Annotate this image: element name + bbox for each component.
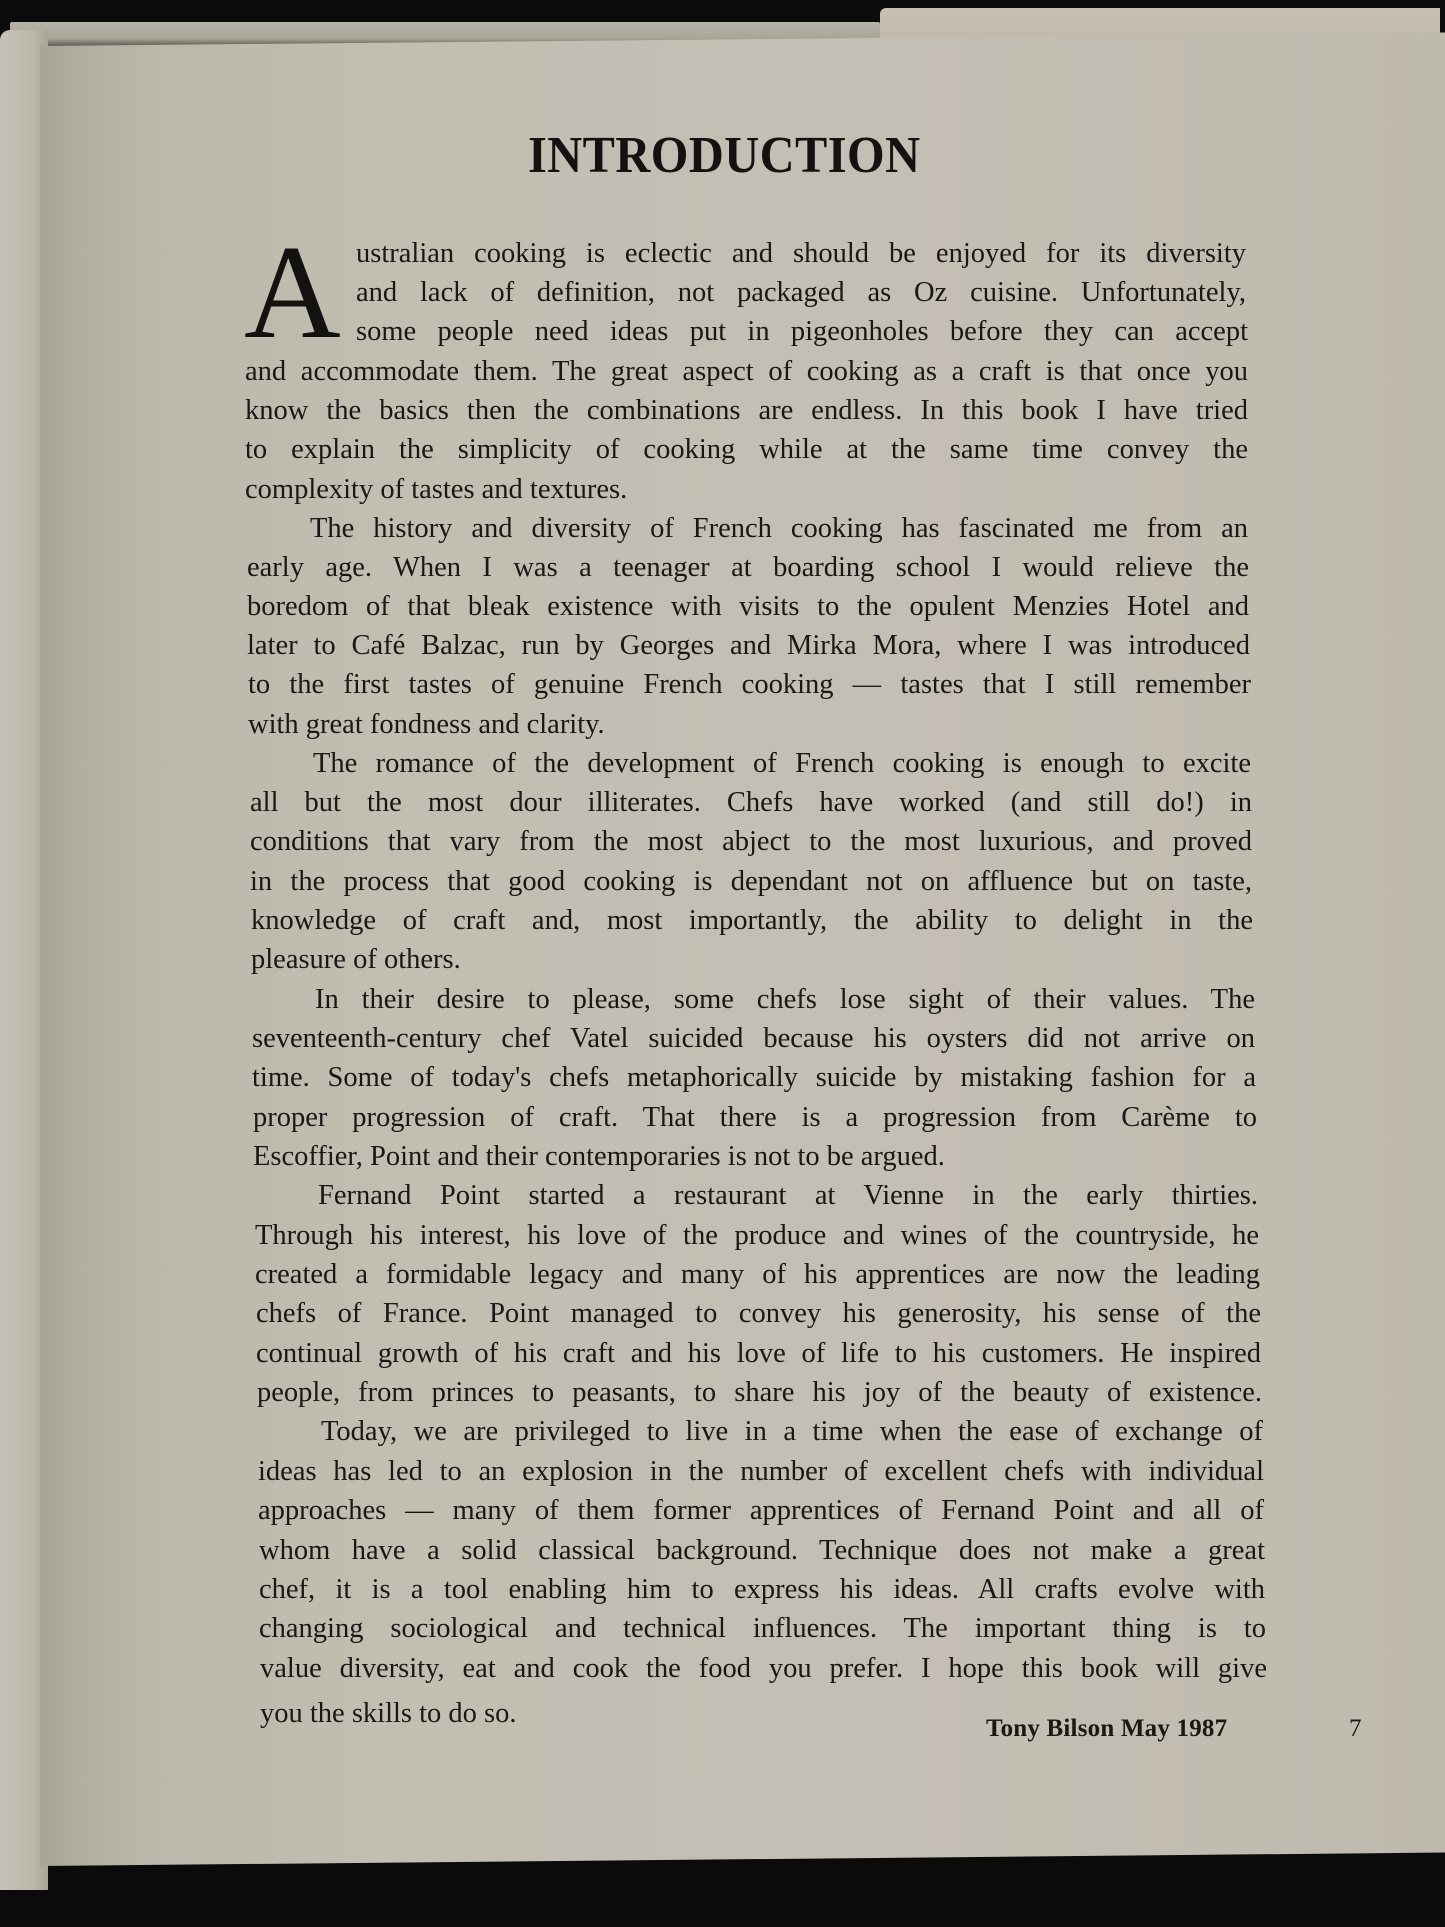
text-line: in the process that good cooking is depe…	[250, 864, 1252, 900]
text-line: boredom of that bleak existence with vis…	[247, 589, 1249, 625]
text-line: with great fondness and clarity.	[248, 707, 1251, 743]
text-line: complexity of tastes and textures.	[245, 472, 1248, 508]
text-line: knowledge of craft and, most importantly…	[251, 903, 1253, 939]
text-line: ideas has led to an explosion in the num…	[258, 1454, 1264, 1490]
text-line: Fernand Point started a restaurant at Vi…	[318, 1178, 1258, 1214]
text-line: created a formidable legacy and many of …	[255, 1257, 1260, 1293]
text-line: chef, it is a tool enabling him to expre…	[259, 1572, 1265, 1608]
text-line: Today, we are privileged to live in a ti…	[321, 1414, 1263, 1450]
text-line: Escoffier, Point and their contemporarie…	[253, 1139, 1257, 1175]
text-line: changing sociological and technical infl…	[259, 1611, 1266, 1647]
text-line: and lack of definition, not packaged as …	[356, 275, 1246, 311]
author-signature: Tony Bilson May 1987	[986, 1715, 1227, 1743]
page-number: 7	[1349, 1715, 1362, 1743]
text-line: later to Café Balzac, run by Georges and…	[247, 628, 1250, 664]
drop-cap: A	[244, 232, 341, 352]
text-line: and accommodate them. The great aspect o…	[245, 354, 1248, 390]
text-line: seventeenth-century chef Vatel suicided …	[252, 1021, 1255, 1057]
text-line: Through his interest, his love of the pr…	[255, 1218, 1259, 1254]
text-line: chefs of France. Point managed to convey…	[256, 1296, 1261, 1332]
text-line: all but the most dour illiterates. Chefs…	[250, 785, 1252, 821]
text-line: continual growth of his craft and his lo…	[256, 1336, 1261, 1372]
text-line: The romance of the development of French…	[313, 746, 1251, 782]
text-line: to the first tastes of genuine French co…	[248, 667, 1251, 703]
text-line: time. Some of today's chefs metaphorical…	[252, 1060, 1256, 1096]
text-line: In their desire to please, some chefs lo…	[315, 982, 1255, 1018]
text-line: people, from princes to peasants, to sha…	[257, 1375, 1262, 1411]
text-line: pleasure of others.	[251, 942, 1253, 978]
text-line: early age. When I was a teenager at boar…	[247, 550, 1249, 586]
text-line: approaches — many of them former apprent…	[258, 1493, 1264, 1529]
text-line: conditions that vary from the most abjec…	[250, 824, 1252, 860]
text-line: value diversity, eat and cook the food y…	[260, 1651, 1267, 1687]
introduction-body: A ustralian cooking is eclectic and shou…	[0, 0, 1445, 1927]
text-line: know the basics then the combinations ar…	[245, 393, 1248, 429]
text-line: The history and diversity of French cook…	[310, 511, 1248, 547]
text-line: to explain the simplicity of cooking whi…	[245, 432, 1248, 468]
text-line: proper progression of craft. That there …	[253, 1100, 1257, 1136]
text-line: ustralian cooking is eclectic and should…	[356, 236, 1246, 272]
text-line: whom have a solid classical background. …	[259, 1533, 1265, 1569]
text-line: some people need ideas put in pigeonhole…	[356, 314, 1248, 350]
